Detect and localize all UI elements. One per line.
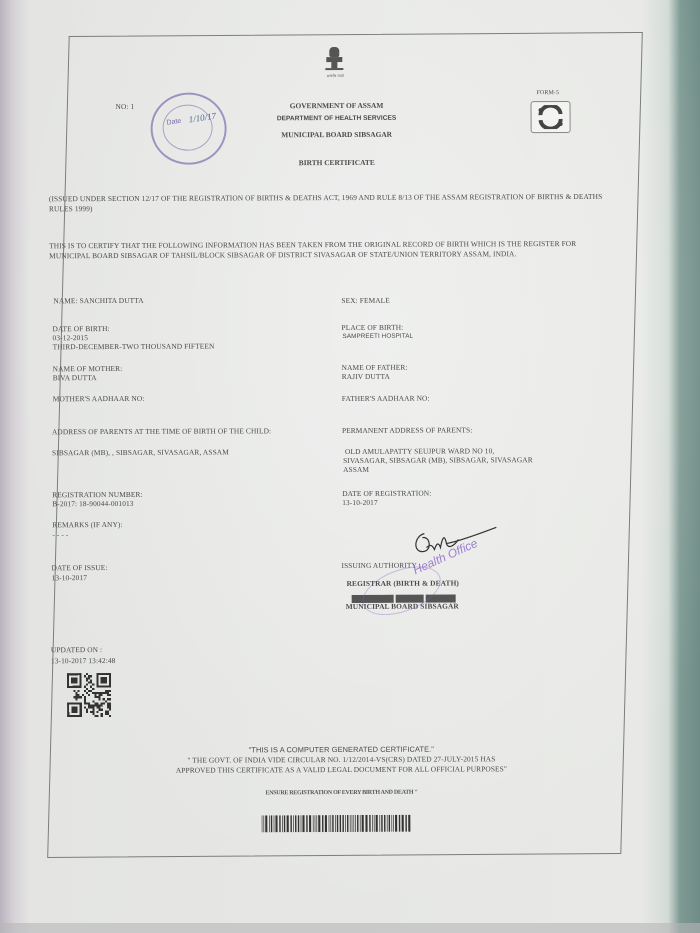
child-sex: SEX: FEMALE [341, 296, 390, 306]
registration-number-value: B-2017: 18-90044-001013 [52, 499, 133, 509]
barcode [262, 815, 412, 833]
form-number: FORM-5 [536, 89, 559, 99]
address-perm-line2: SIVASAGAR, SIBSAGAR (MB), SIBSAGAR, SIVA… [343, 455, 533, 465]
board-heading: MUNICIPAL BOARD SIBSAGAR [217, 129, 457, 139]
father-value: RAJIV DUTTA [342, 372, 390, 382]
national-emblem-icon [323, 45, 345, 71]
certificate-number: NO: 1 [116, 102, 135, 112]
issue-date-label: DATE OF ISSUE: [52, 563, 108, 573]
department-heading: DEPARTMENT OF HEALTH SERVICES [217, 114, 457, 122]
ensure-registration-note: ENSURE REGISTRATION OF EVERY BIRTH AND D… [142, 789, 542, 797]
address-perm-line3: ASSAM [343, 465, 369, 475]
certificate-title: BIRTH CERTIFICATE [217, 157, 457, 167]
government-heading: GOVERNMENT OF ASSAM [217, 100, 457, 110]
dob-words: THIRD-DECEMBER-TWO THOUSAND FIFTEEN [53, 342, 215, 352]
circular-note-line2: APPROVED THIS CERTIFICATE AS A VALID LEG… [101, 764, 581, 776]
address-birth-label: ADDRESS OF PARENTS AT THE TIME OF BIRTH … [52, 426, 271, 436]
father-aadhaar: FATHER'S AADHAAR NO: [342, 394, 430, 404]
child-name: NAME: SANCHITA DUTTA [53, 296, 143, 306]
qr-code [67, 673, 111, 717]
issue-date-value: 13-10-2017 [52, 573, 88, 583]
office-round-stamp: Date 1/10/17 [150, 93, 226, 165]
remarks-label: REMARKS (IF ANY): [52, 520, 122, 530]
surface-edge [0, 923, 700, 933]
mother-value: BIVA DUTTA [53, 373, 97, 383]
pob-value: SAMPREETI HOSPITAL [343, 332, 414, 342]
issued-under-text: (ISSUED UNDER SECTION 12/17 OF THE REGIS… [49, 192, 619, 213]
registration-date-value: 13-10-2017 [342, 498, 378, 508]
birth-certificate: सत्यमेव जयते NO: 1 Date 1/10/17 GOVERNME… [58, 39, 627, 851]
updated-label: UPDATED ON : [51, 645, 102, 655]
emblem-motto: सत्यमेव जयते [310, 74, 360, 79]
address-perm-label: PERMANENT ADDRESS OF PARENTS: [342, 425, 472, 435]
crs-logo-icon [531, 101, 571, 133]
updated-value: 13-10-2017 13:42:48 [51, 656, 116, 666]
certify-text: THIS IS TO CERTIFY THAT THE FOLLOWING IN… [49, 239, 619, 260]
mother-aadhaar: MOTHER'S AADHAAR NO: [53, 394, 145, 404]
address-birth-value: SIBSAGAR (MB), , SIBSAGAR, SIVASAGAR, AS… [52, 447, 229, 457]
remarks-value: - - - - [52, 530, 68, 540]
